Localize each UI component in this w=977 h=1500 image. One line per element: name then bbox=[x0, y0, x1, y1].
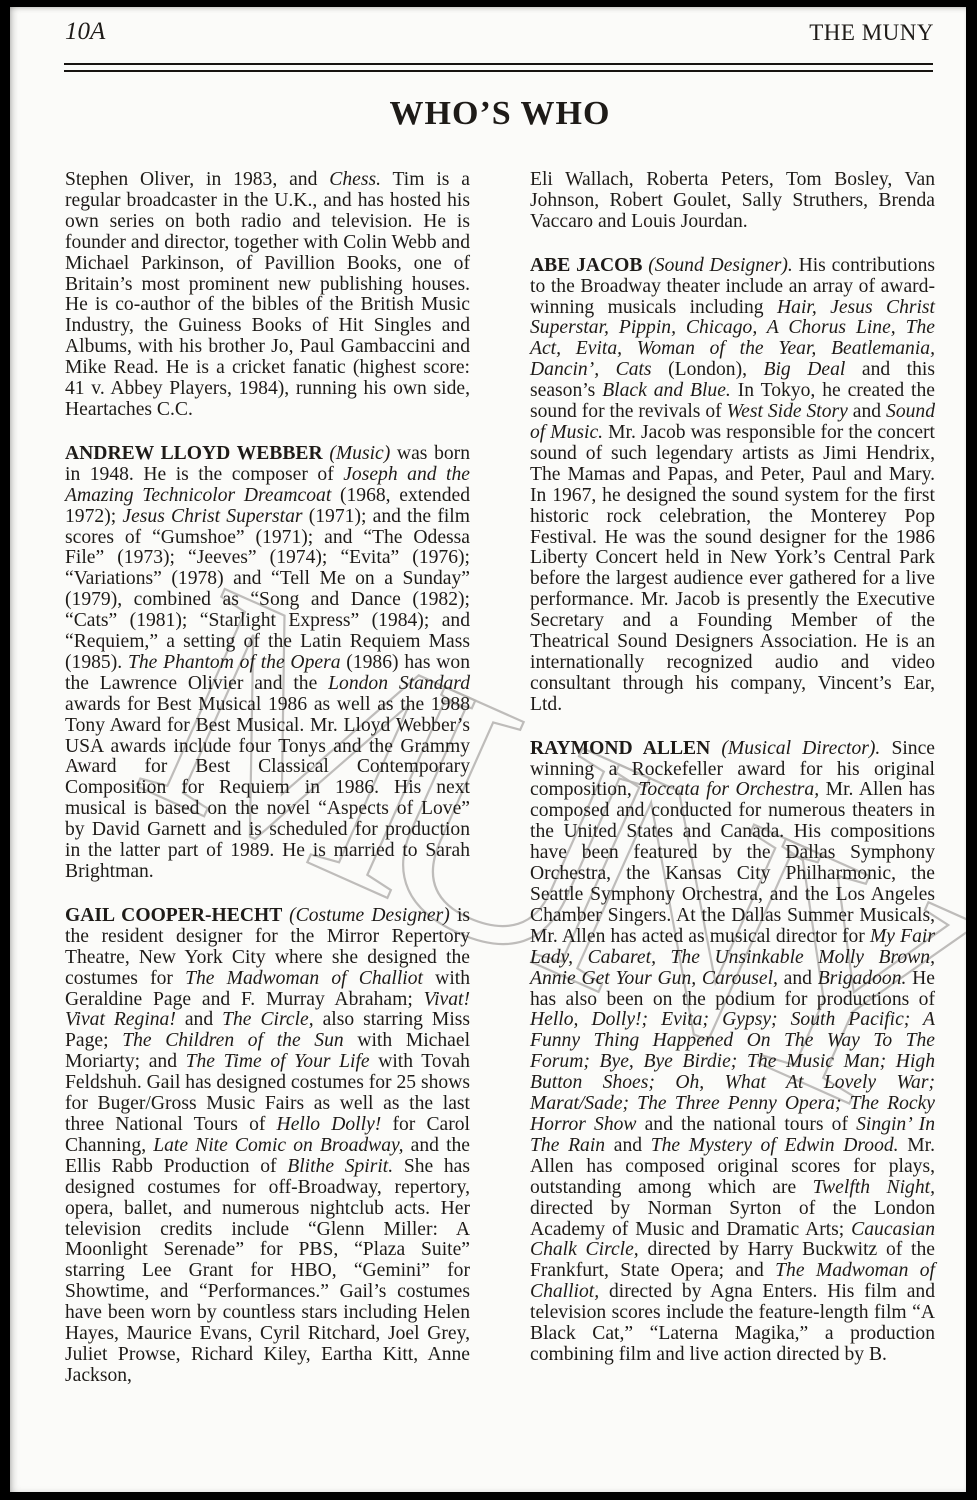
scanned-program-page: MUNY 10A THE MUNY WHO’S WHO Stephen Oliv… bbox=[10, 7, 966, 1492]
text-segment: Brigadoon. bbox=[818, 968, 907, 989]
text-segment: and bbox=[848, 401, 886, 422]
publication-title: THE MUNY bbox=[809, 21, 934, 44]
text-segment: The Circle, bbox=[222, 1009, 314, 1030]
text-segment: Mr. Jacob was responsible for the concer… bbox=[530, 422, 935, 715]
text-segment: Jesus Christ Superstar bbox=[122, 506, 302, 527]
text-segment: and bbox=[176, 1009, 222, 1030]
text-segment: Stephen Oliver, in 1983, and bbox=[65, 169, 329, 190]
text-segment: (London), bbox=[652, 359, 764, 380]
text-segment: She has designed costumes for off-Broadw… bbox=[65, 1156, 470, 1386]
text-segment: Chess. bbox=[329, 169, 381, 190]
text-segment: Big Deal bbox=[764, 359, 846, 380]
text-segment: awards for Best Musical 1986 as well as … bbox=[65, 694, 470, 882]
text-segment: West Side Story bbox=[727, 401, 848, 422]
text-segment: Toccata for Orchestra, bbox=[638, 779, 819, 800]
bio-gail-cooper-hecht: GAIL COOPER-HECHT (Costume Designer) is … bbox=[65, 906, 470, 1387]
page-title: WHO’S WHO bbox=[34, 95, 966, 133]
right-column: Eli Wallach, Roberta Peters, Tom Bosley,… bbox=[530, 170, 935, 1387]
text-segment: (Music) bbox=[329, 443, 390, 464]
text-segment: GAIL COOPER-HECHT bbox=[65, 905, 289, 926]
two-column-body: Stephen Oliver, in 1983, and Chess. Tim … bbox=[65, 170, 935, 1387]
text-segment: ANDREW LLOYD WEBBER bbox=[65, 443, 329, 464]
text-segment: (Sound Designer). bbox=[648, 255, 793, 276]
text-segment: The Mystery of Edwin Drood. bbox=[651, 1135, 899, 1156]
bio-raymond-allen: RAYMOND ALLEN (Musical Director). Since … bbox=[530, 739, 935, 1366]
text-segment: and the national tours of bbox=[636, 1114, 856, 1135]
bio-continuation-star-list: Eli Wallach, Roberta Peters, Tom Bosley,… bbox=[530, 170, 935, 233]
page-number: 10A bbox=[65, 19, 105, 44]
text-segment: ABE JACOB bbox=[530, 255, 648, 276]
text-segment: Eli Wallach, Roberta Peters, Tom Bosley,… bbox=[530, 169, 935, 232]
text-segment: Black and Blue. bbox=[602, 380, 731, 401]
text-segment: and bbox=[778, 968, 818, 989]
text-segment: The Time of Your Life bbox=[186, 1051, 370, 1072]
text-segment: Hello Dolly! bbox=[277, 1114, 382, 1135]
masthead: 10A THE MUNY bbox=[65, 19, 934, 44]
text-segment: (Costume Designer) bbox=[289, 905, 450, 926]
bio-continuation-tim-rice: Stephen Oliver, in 1983, and Chess. Tim … bbox=[65, 170, 470, 421]
text-segment: The Madwoman of Challiot bbox=[185, 968, 423, 989]
text-segment: Tim is a regular broadcaster in the U.K.… bbox=[65, 169, 470, 420]
text-segment: London Standard bbox=[328, 673, 470, 694]
bio-abe-jacob: ABE JACOB (Sound Designer). His contribu… bbox=[530, 256, 935, 716]
bio-andrew-lloyd-webber: ANDREW LLOYD WEBBER (Music) was born in … bbox=[65, 444, 470, 883]
text-segment: The Children of the Sun bbox=[122, 1030, 344, 1051]
text-segment: Twelfth Night, bbox=[813, 1177, 935, 1198]
text-segment: The Phantom of the Opera bbox=[128, 652, 341, 673]
text-segment: (Musical Director). bbox=[721, 738, 880, 759]
text-segment: RAYMOND ALLEN bbox=[530, 738, 721, 759]
text-segment: (1971); and the film scores of “Gumshoe”… bbox=[65, 506, 470, 673]
text-segment: Late Nite Comic on Broadway, bbox=[153, 1135, 403, 1156]
left-column: Stephen Oliver, in 1983, and Chess. Tim … bbox=[65, 170, 470, 1387]
text-segment: Blithe Spirit. bbox=[287, 1156, 393, 1177]
double-rule bbox=[64, 63, 933, 72]
text-segment: and bbox=[605, 1135, 651, 1156]
text-segment: Mr. Allen has composed and conducted for… bbox=[530, 779, 935, 946]
